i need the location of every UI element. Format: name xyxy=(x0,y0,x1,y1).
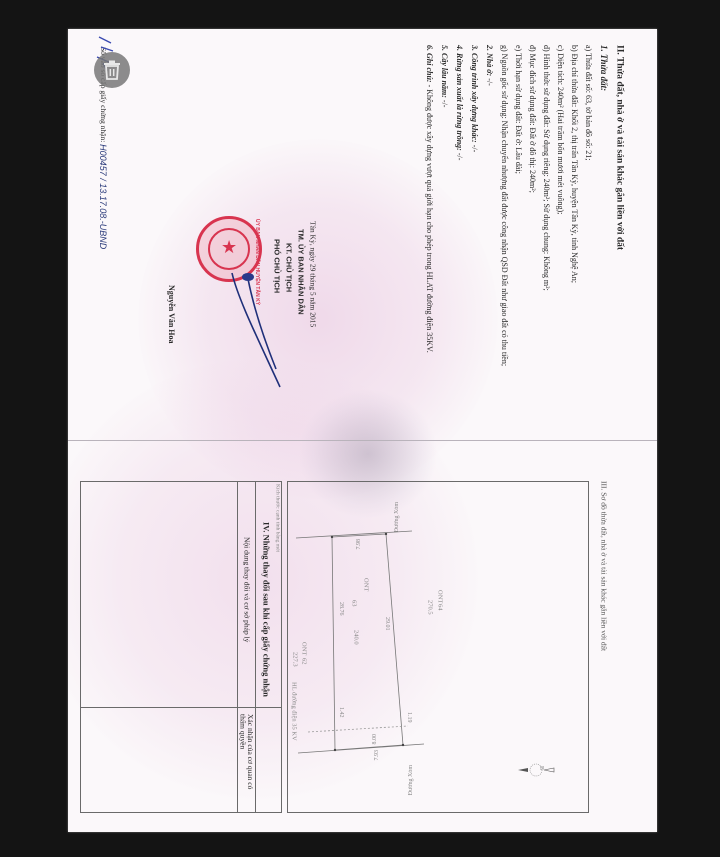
land-item: b) Địa chỉ thửa đất: Khối 2, thị trấn Tâ… xyxy=(570,45,578,283)
changes-table: IV. Những thay đổi sau khi cấp giấy chứn… xyxy=(80,481,282,813)
land-item: c) Diện tích: 240m² (Hai trăm bốn mươi m… xyxy=(556,45,564,214)
section-iv-title: IV. Những thay đổi sau khi cấp giấy chứn… xyxy=(262,522,271,697)
neighbor-62-area: 227.3 xyxy=(291,652,298,667)
item-ghi-chu: 6. Ghi chú: - Không được xây dựng vượt q… xyxy=(425,45,433,353)
item-value: -/- xyxy=(485,78,494,86)
section-ii-title: II. Thửa đất, nhà ở và tài sản khác gắn … xyxy=(614,45,624,250)
neighbor-64-type: ONT xyxy=(436,590,443,603)
registry-value: H00457 / 13.17.08.-UBND xyxy=(98,144,108,249)
parcel-area: 240.0 xyxy=(352,630,359,645)
north-label: B xyxy=(538,766,544,770)
land-heading: 1. Thửa đất: xyxy=(599,45,608,91)
handwritten-signature xyxy=(218,259,288,399)
north-arrow-icon xyxy=(518,764,554,776)
item-value: -/- xyxy=(470,145,479,153)
neighbor-64-number: 64 xyxy=(436,604,443,611)
item-nha-o: 2. Nhà ở: -/- xyxy=(485,45,493,86)
item-label: 4. Rừng sản xuất là rừng trồng: xyxy=(455,45,464,151)
page-fold xyxy=(68,440,657,441)
certificate-photo: II. Thửa đất, nhà ở và tài sản khác gắn … xyxy=(68,29,657,832)
dim-small-left: 1.42 xyxy=(338,707,344,718)
dim-left-side: 28.76 xyxy=(338,602,344,616)
delete-button[interactable] xyxy=(94,52,130,88)
signature-org: TM. ỦY BAN NHÂN DÂN xyxy=(297,229,305,315)
land-item: e) Thời hạn sử dụng đất: Đất ở: Lâu dài; xyxy=(514,45,522,174)
parcel-number: 63 xyxy=(350,600,357,607)
column-header-changes: Nội dung thay đổi và cơ sở pháp lý xyxy=(243,537,251,642)
parcel-diagram xyxy=(288,482,588,812)
road-label-bottom: Đường Xóm xyxy=(408,765,414,795)
item-label: 6. Ghi chú: xyxy=(425,45,434,83)
star-icon: ★ xyxy=(221,239,237,257)
table-divider xyxy=(237,482,238,812)
item-value: - Không được xây dựng vượt quá giới hạn … xyxy=(425,85,434,353)
table-divider xyxy=(81,707,281,708)
item-value: -/- xyxy=(455,153,464,161)
neighbor-62-type: ONT xyxy=(300,642,307,655)
land-item: g) Nguồn gốc sử dụng: Nhận chuyển nhượng… xyxy=(500,45,508,366)
dim-bottom-edge: 7.93 xyxy=(374,750,380,761)
neighbor-62-number: 62 xyxy=(300,658,307,665)
section-iii-title: III. Sơ đồ thửa đất, nhà ở và tài sản kh… xyxy=(600,481,608,651)
item-label: 3. Công trình xây dựng khác: xyxy=(470,45,479,143)
neighbor-64-area: 270.5 xyxy=(426,600,433,615)
trash-icon xyxy=(103,60,121,80)
item-rung: 4. Rừng sản xuất là rừng trồng: -/- xyxy=(455,45,463,160)
item-cong-trinh: 3. Công trình xây dựng khác: -/- xyxy=(470,45,478,152)
road-label-top: Đường Xóm xyxy=(394,502,400,532)
parcel-type: ONT xyxy=(362,578,369,591)
land-item: đ) Mục đích sử dụng đất: Đất ở đô thị: 2… xyxy=(528,45,536,193)
parcel-diagram-frame: B Đường Xóm Đường Xóm 7.98 7.93 8.00 28.… xyxy=(287,481,589,813)
signer-name: Nguyễn Văn Hoa xyxy=(167,285,175,344)
table-divider xyxy=(255,482,256,812)
land-item: a) Thửa đất số: 63, tờ bản đồ số: 21; xyxy=(584,45,592,161)
dim-top-edge: 7.98 xyxy=(356,539,362,550)
item-label: 2. Nhà ở: xyxy=(485,45,494,76)
dim-bottom-inner: 8.00 xyxy=(372,734,378,745)
dim-small-right: 1.19 xyxy=(406,712,412,723)
item-value: -/- xyxy=(440,100,449,108)
parcel-63-label: 63 xyxy=(350,600,357,607)
item-cay-lau-nam: 5. Cây lâu năm: -/- xyxy=(440,45,448,107)
power-line-note: HL đường điện 35 KV xyxy=(290,682,297,741)
item-label: 5. Cây lâu năm: xyxy=(440,45,449,98)
dim-right-side: 29.01 xyxy=(384,617,390,631)
land-item: d) Hình thức sử dụng đất: Sử dụng riêng:… xyxy=(542,45,550,291)
column-header-confirmation: Xác nhận của cơ quan có thẩm quyền xyxy=(239,714,254,794)
signature-date: Tân Kỳ, ngày 29 tháng 5 năm 2015 xyxy=(309,221,317,327)
